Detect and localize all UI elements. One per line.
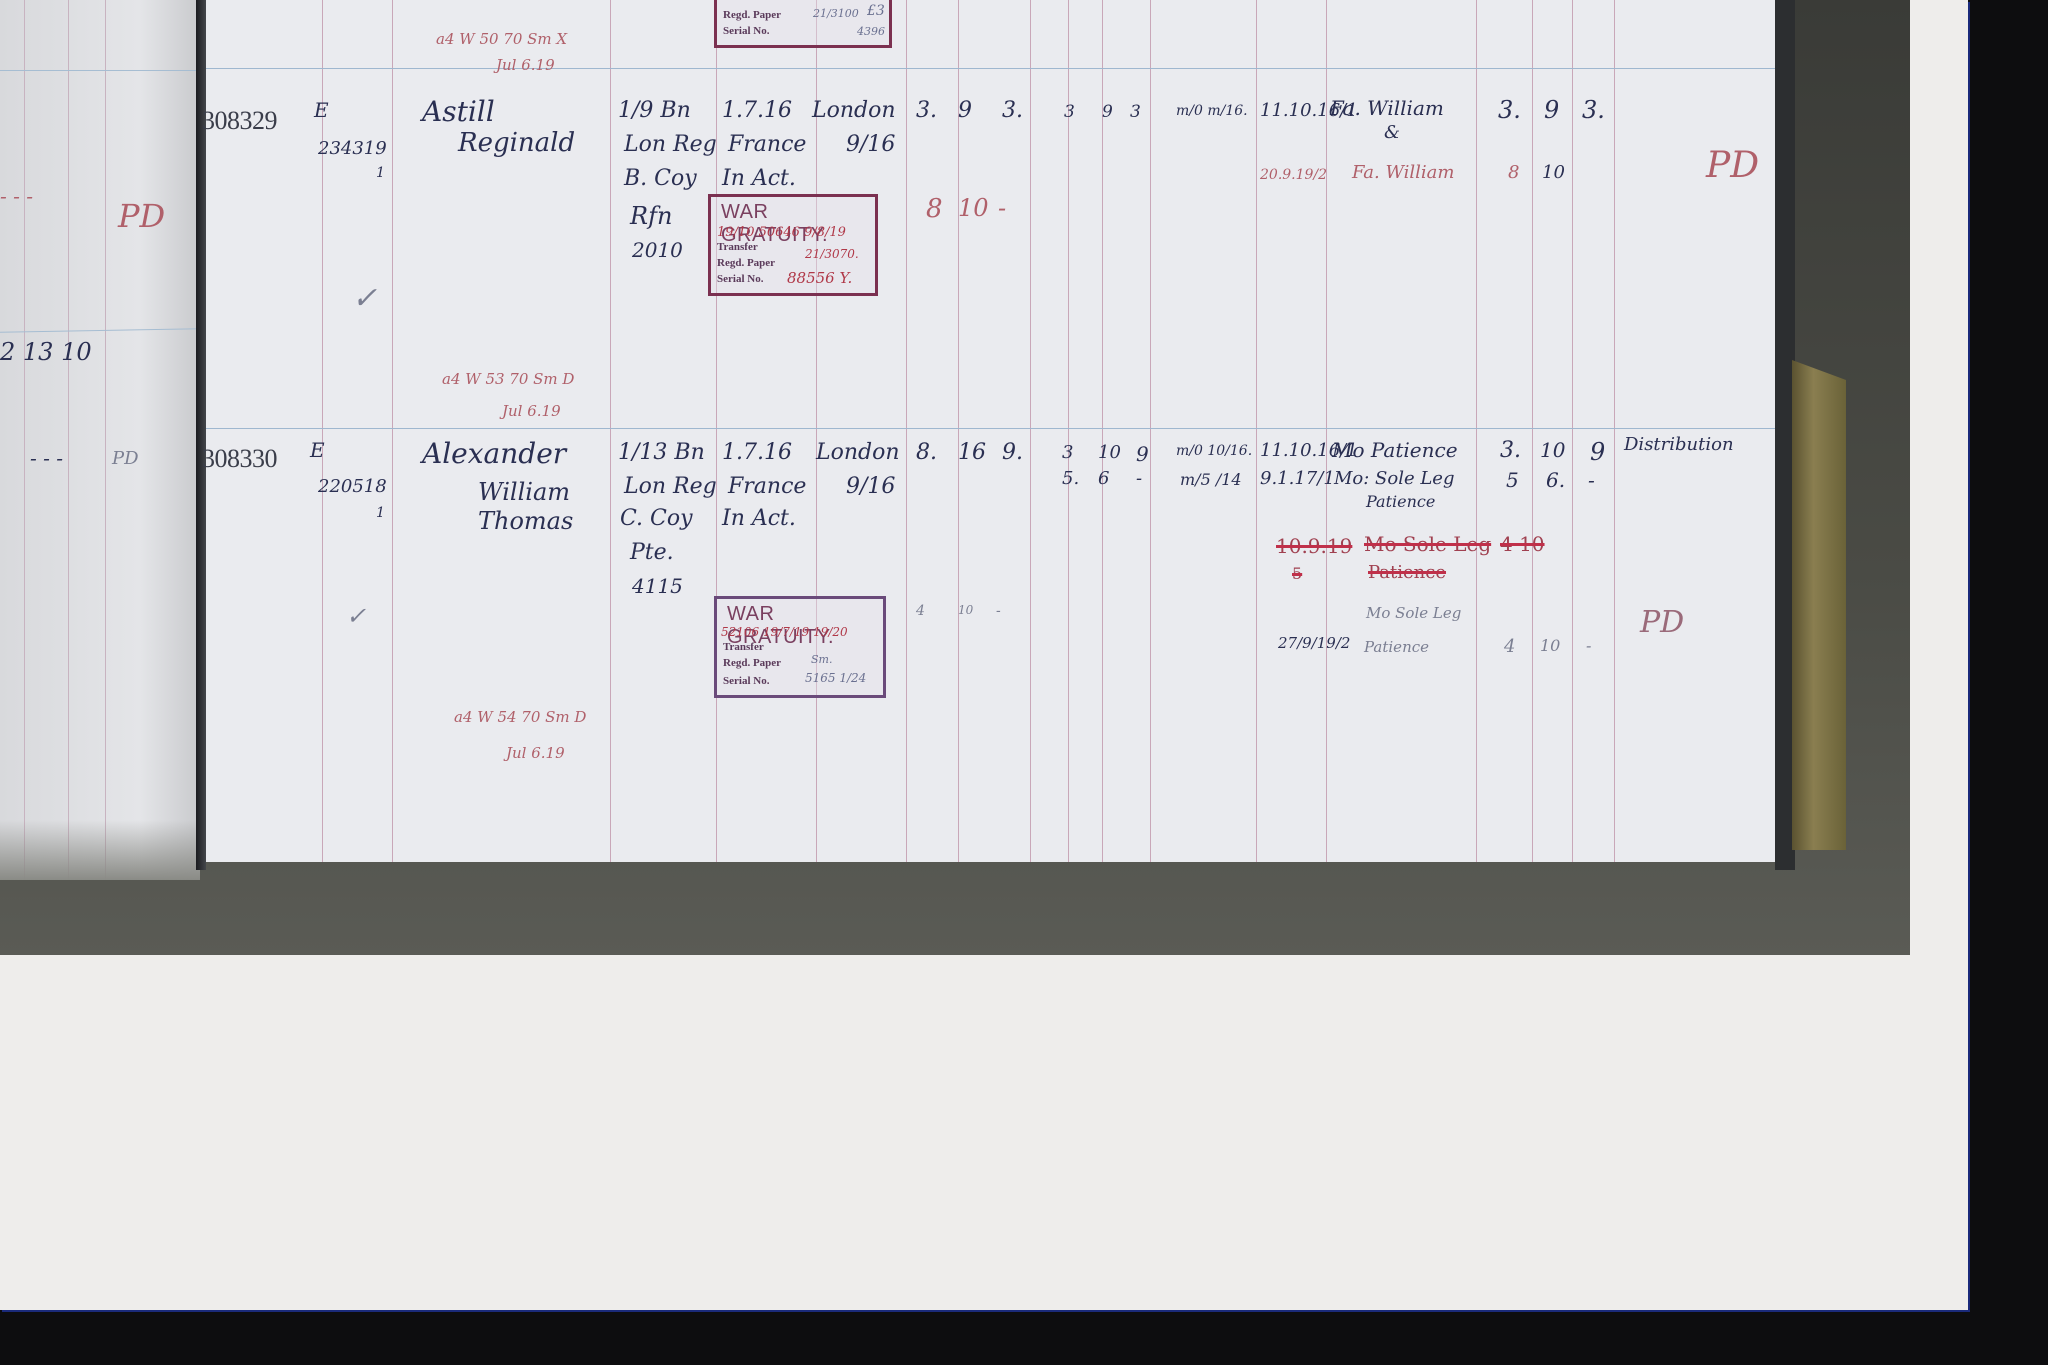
authority-code: m/0 m/16. [1176, 104, 1248, 118]
company: C. Coy [620, 508, 693, 530]
place-date: 9/16 [846, 476, 895, 498]
service-number: 2010 [632, 240, 683, 260]
authority-code: m/0 10/16. [1176, 444, 1252, 458]
gratuity-shillings: 10 [958, 196, 989, 220]
entry-number-suffix: E [314, 100, 329, 120]
second-payment-date: 20.9.19/2 [1260, 168, 1327, 182]
credit-pounds: 3 [1062, 444, 1073, 462]
payee-continued: & [1384, 124, 1400, 142]
forenames: Reginald [458, 130, 575, 156]
credit-pounds-2: 5. [1062, 470, 1079, 488]
war-gratuity-stamp: WAR GRATUITY. 52106 19/7/19 19/20 Transf… [714, 596, 886, 698]
paid-pounds: 3. [1500, 440, 1521, 462]
paid-pence: 3. [1582, 98, 1605, 122]
annotation: a4 W 53 70 Sm D [442, 372, 574, 387]
struck-payee: Mo Sole Leg [1364, 534, 1491, 554]
death-date: 1.7.16 [722, 442, 792, 464]
credit-pence: 9 [1136, 444, 1149, 464]
annotation-date: Jul 6.19 [502, 404, 561, 419]
paid-mark: PD [1640, 608, 1684, 638]
amount-shillings: 16 [958, 442, 986, 464]
dashes: - - - [0, 186, 33, 206]
annotation-date: Jul 6.19 [496, 58, 555, 73]
payee-2: Mo: Sole Leg [1334, 470, 1454, 488]
paid-shillings-2: 6. [1546, 470, 1565, 490]
company: B. Coy [624, 168, 697, 190]
rank: Rfn [630, 204, 672, 228]
rule-line [24, 0, 25, 880]
gratuity-pounds: 4 [916, 604, 925, 618]
ledger-photograph: PD - - - 2 13 10 - - - PD [0, 0, 1910, 955]
authority-code-2: m/5 /14 [1180, 472, 1242, 488]
second-payee: Fa. William [1352, 164, 1454, 182]
later-payment-date: 27/9/19/2 [1278, 636, 1350, 651]
war-gratuity-stamp: WAR GRATUITY. 19/10 50646 9/8/19 Transfe… [708, 194, 878, 296]
surname: Alexander [422, 440, 566, 468]
credit-pence-2: - [1136, 470, 1142, 488]
later-paid-pounds: 4 [1504, 638, 1515, 656]
later-payee-continued: Patience [1364, 640, 1429, 655]
tick-mark: ✓ [352, 284, 377, 314]
death-date: 1.7.16 [722, 100, 792, 122]
annotation-date: Jul 6.19 [506, 746, 565, 761]
amount-pence: 9. [1002, 442, 1023, 464]
amount-pounds: 3. [916, 100, 937, 122]
rule-line [0, 70, 200, 71]
later-paid-pence: - [1586, 638, 1591, 654]
surname: Astill [422, 98, 495, 126]
later-paid-shillings: 10 [1540, 638, 1560, 654]
credit-shillings: 10 [1098, 444, 1121, 462]
later-payee: Mo Sole Leg [1366, 606, 1461, 621]
entry-number-suffix: E [310, 440, 325, 460]
entry-number: 308329 [202, 108, 277, 134]
unit: 1/9 Bn [618, 100, 691, 122]
credit-pence: 3 [1130, 104, 1141, 121]
regiment: Lon Reg [624, 134, 717, 156]
reference-sub: 1 [376, 166, 385, 180]
payee: Mo Patience [1332, 440, 1458, 460]
unit: 1/13 Bn [618, 442, 705, 464]
paid-pounds: 3. [1498, 98, 1521, 122]
gratuity-pounds: 8 [926, 196, 943, 222]
second-paid-pounds: 8 [1508, 164, 1519, 182]
reference-number: 234319 [318, 140, 387, 158]
payee-2-continued: Patience [1366, 494, 1435, 510]
paid-pence: 9 [1590, 440, 1605, 464]
row-divider [206, 68, 1776, 69]
annotation: a4 W 50 70 Sm X [436, 32, 567, 47]
war-gratuity-stamp-fragment: Regd. Paper Serial No. 21/3100 4396 £3 [714, 0, 892, 48]
struck-date: 10.9.19 [1276, 536, 1352, 556]
entry-number: 308330 [202, 446, 277, 472]
credit-shillings-2: 6 [1098, 470, 1109, 488]
paid-mark: PD [1706, 148, 1759, 184]
reference-number: 220518 [318, 478, 387, 496]
paid-shillings: 9 [1544, 98, 1559, 122]
place-country: France [728, 476, 806, 498]
right-ledger-page: Regd. Paper Serial No. 21/3100 4396 £3 a… [206, 0, 1776, 862]
credit-pounds: 3 [1064, 104, 1075, 121]
rule-line [105, 0, 106, 880]
paid-pounds-2: 5 [1506, 470, 1519, 490]
brass-corner-protector [1792, 360, 1846, 850]
row-divider [206, 428, 1776, 429]
dashes: - - - [30, 448, 63, 468]
gratuity-shillings: 10 [958, 604, 973, 616]
photo-print-sheet: PD - - - 2 13 10 - - - PD [0, 0, 1968, 1310]
paid-shillings: 10 [1540, 440, 1565, 460]
payment-date-2: 9.1.17/1 [1260, 470, 1335, 488]
credit-shillings: 9 [1102, 104, 1113, 121]
reference-sub: 1 [376, 506, 385, 520]
paid-pence-2: - [1588, 470, 1595, 490]
rule-line [68, 0, 69, 880]
rule-line [0, 328, 200, 332]
gratuity-pence: - [998, 196, 1006, 220]
struck-payee-continued: Patience [1368, 564, 1446, 582]
amount-pounds: 8. [916, 442, 937, 464]
regiment: Lon Reg [624, 476, 717, 498]
place-cause: In Act. [722, 508, 796, 530]
payee: Fa. William [1330, 98, 1444, 118]
gratuity-pence: - [996, 604, 1001, 618]
place: London [816, 442, 900, 464]
paid-mark: PD [112, 450, 139, 468]
amount: 2 13 10 [0, 340, 92, 364]
tick-mark: ✓ [346, 604, 366, 628]
service-number: 4115 [632, 576, 683, 596]
paid-mark: PD [118, 200, 165, 232]
rank: Pte. [630, 542, 674, 564]
place-cause: In Act. [722, 168, 796, 190]
struck-amount: 4 10 [1500, 534, 1545, 554]
amount-shillings: 9 [958, 100, 972, 122]
forenames: William Thomas [478, 478, 608, 536]
place-country: France [728, 134, 806, 156]
place-date: 9/16 [846, 134, 895, 156]
left-ledger-page: PD - - - 2 13 10 - - - PD [0, 0, 200, 880]
second-paid-shillings: 10 [1542, 164, 1565, 182]
annotation: a4 W 54 70 Sm D [454, 710, 586, 725]
struck-sub: 5 [1292, 566, 1302, 582]
place: London [812, 100, 896, 122]
amount-pence: 3. [1002, 100, 1023, 122]
remarks: Distribution [1624, 436, 1734, 454]
